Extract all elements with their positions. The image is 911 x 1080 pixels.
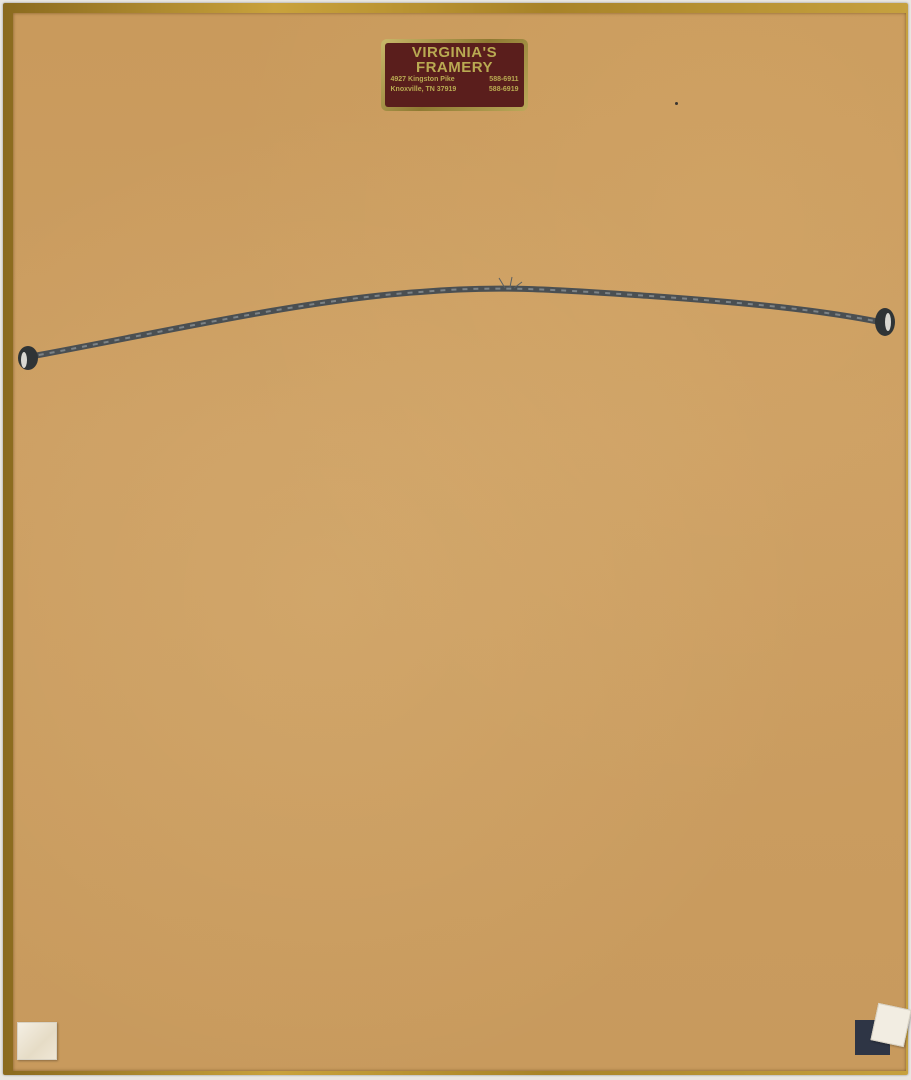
bumper-pad-right xyxy=(870,1003,911,1047)
hanging-wire xyxy=(0,0,911,1080)
left-screw-eye-icon xyxy=(18,346,38,370)
right-screw-eye-icon xyxy=(875,308,895,336)
bumper-pad-left xyxy=(17,1022,57,1060)
